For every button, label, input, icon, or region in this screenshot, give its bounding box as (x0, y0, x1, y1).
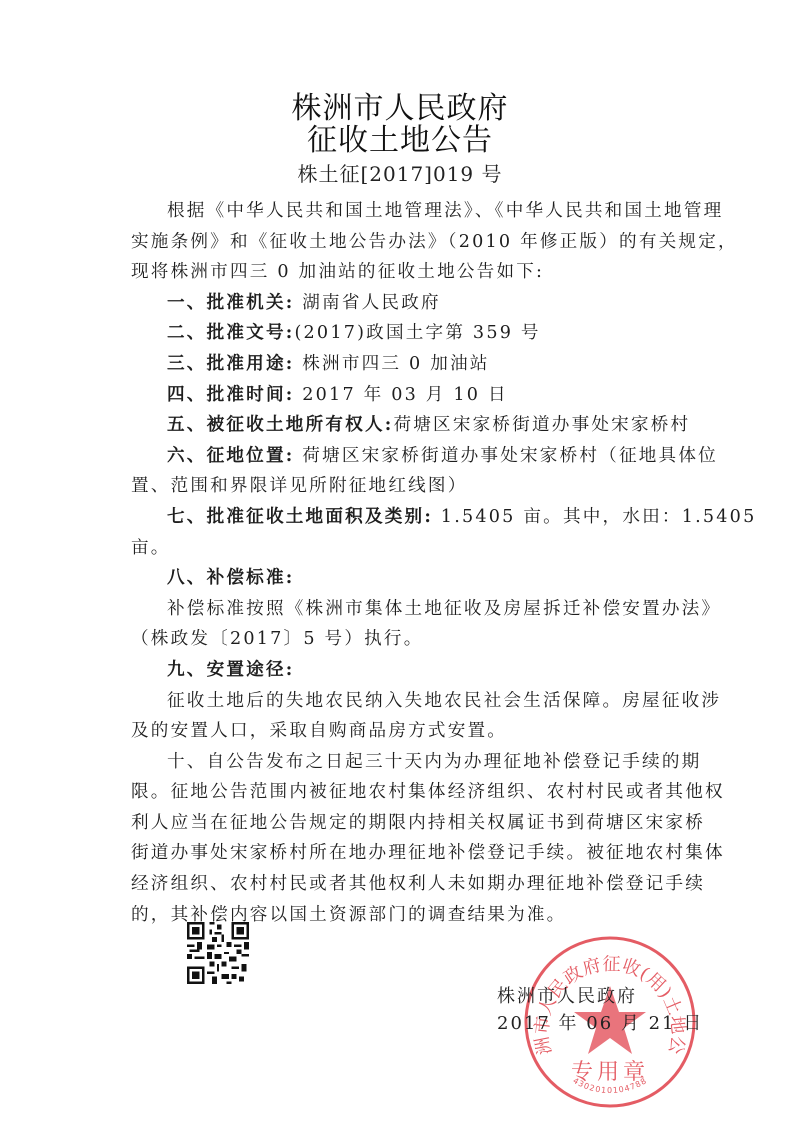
item-label: 二、批准文号: (167, 322, 294, 343)
section-resettlement-line: 及的安置人口，采取自购商品房方式安置。 (131, 716, 683, 747)
item-approval-authority: 一、批准机关: 湖南省人民政府 (131, 288, 683, 319)
item-approval-date: 四、批准时间: 2017 年 03 月 10 日 (131, 380, 683, 411)
intro-line: 实施条例》和《征收土地公告办法》（2010 年修正版）的有关规定， (131, 227, 683, 258)
qr-code-icon[interactable] (187, 922, 249, 984)
item-value: 2017 年 03 月 10 日 (294, 385, 507, 405)
item-value: 1.5405 亩。其中，水田：1.5405 (433, 507, 756, 527)
section-registration-line: 限。征地公告范围内被征地农村集体经济组织、农村村民或者其他权 (131, 777, 683, 808)
item-land-location-cont: 置、范围和界限详见所附征地红线图） (131, 471, 683, 502)
document-number: 株土征[2017]019 号 (0, 162, 800, 186)
document-body: 根据《中华人民共和国土地管理法》、《中华人民共和国土地管理 实施条例》和《征收土… (131, 196, 683, 930)
section-compensation-heading: 八、补偿标准: (131, 563, 683, 594)
item-land-area: 七、批准征收土地面积及类别: 1.5405 亩。其中，水田：1.5405 (131, 502, 683, 533)
item-label: 一、批准机关: (167, 292, 294, 313)
section-registration-line: 经济组织、农村村民或者其他权利人未如期办理征地补偿登记手续 (131, 869, 683, 900)
signature-date: 2017 年 06 月 21 日 (497, 1009, 703, 1035)
item-value: 荷塘区宋家桥街道办事处宋家桥村 (393, 415, 690, 435)
section-compensation-line: （株政发〔2017〕5 号）执行。 (131, 624, 683, 655)
intro-line: 现将株洲市四三 0 加油站的征收土地公告如下: (131, 257, 683, 288)
section-registration-line: 街道办事处宋家桥村所在地办理征地补偿登记手续。被征地农村集体 (131, 838, 683, 869)
item-approval-number: 二、批准文号:(2017)政国土字第 359 号 (131, 318, 683, 349)
item-value: 荷塘区宋家桥街道办事处宋家桥村（征地具体位 (294, 446, 717, 466)
item-label: 三、批准用途: (167, 353, 294, 374)
document-title-line2: 征收土地公告 (0, 124, 800, 158)
item-value: (2017)政国土字第 359 号 (294, 323, 540, 343)
document-title-line1: 株洲市人民政府 (0, 92, 800, 126)
intro-line: 根据《中华人民共和国土地管理法》、《中华人民共和国土地管理 (131, 196, 683, 227)
item-approval-purpose: 三、批准用途: 株洲市四三 0 加油站 (131, 349, 683, 380)
item-label: 四、批准时间: (167, 384, 294, 405)
section-resettlement-line: 征收土地后的失地农民纳入失地农民社会生活保障。房屋征收涉 (131, 686, 683, 717)
item-land-owner: 五、被征收土地所有权人:荷塘区宋家桥街道办事处宋家桥村 (131, 410, 683, 441)
item-label: 六、征地位置: (167, 445, 294, 466)
item-value: 湖南省人民政府 (294, 293, 440, 313)
section-heading: 八、补偿标准: (167, 567, 294, 588)
signature-issuer: 株洲市人民政府 (497, 982, 637, 1008)
item-label: 五、被征收土地所有权人: (167, 414, 393, 435)
item-label: 七、批准征收土地面积及类别: (167, 506, 433, 527)
item-value: 株洲市四三 0 加油站 (294, 354, 489, 374)
section-registration-line: 利人应当在征地公告规定的期限内持相关权属证书到荷塘区宋家桥 (131, 808, 683, 839)
section-compensation-line: 补偿标准按照《株洲市集体土地征收及房屋拆迁补偿安置办法》 (131, 594, 683, 625)
item-land-area-cont: 亩。 (131, 533, 683, 564)
section-resettlement-heading: 九、安置途径: (131, 655, 683, 686)
section-registration-line: 十、自公告发布之日起三十天内为办理征地补偿登记手续的期 (131, 747, 683, 778)
section-heading: 九、安置途径: (167, 659, 294, 680)
item-land-location: 六、征地位置: 荷塘区宋家桥街道办事处宋家桥村（征地具体位 (131, 441, 683, 472)
